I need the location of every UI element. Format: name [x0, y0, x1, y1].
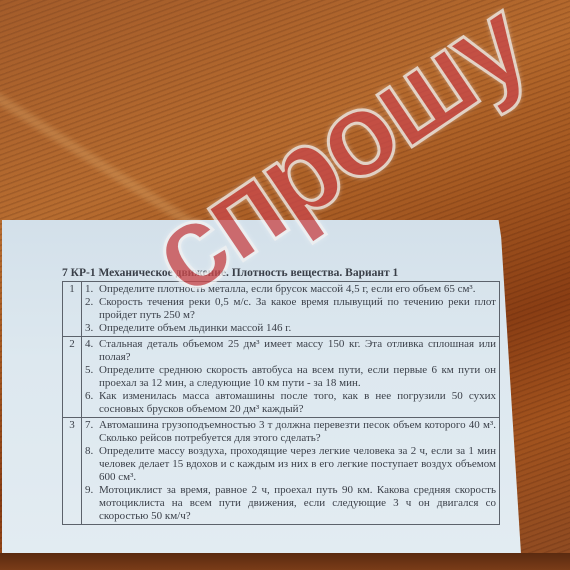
table-row: 37.Автомашина грузоподъемностью 3 т долж…: [63, 418, 500, 525]
task-number: 1.: [85, 283, 93, 296]
task-item: 5.Определите среднюю скорость автобуса н…: [85, 364, 496, 390]
task-item: 9.Мотоциклист за время, равное 2 ч, прое…: [85, 484, 496, 523]
tasks-table: 11.Определите плотность металла, если бр…: [62, 281, 500, 525]
task-number: 7.: [85, 419, 93, 432]
table-row: 24.Стальная деталь объемом 25 дм³ имеет …: [63, 337, 500, 418]
table-row: 11.Определите плотность металла, если бр…: [63, 282, 500, 337]
task-number: 2.: [85, 296, 93, 309]
task-item: 6.Как изменилась масса автомашины после …: [85, 390, 496, 416]
task-cell: 4.Стальная деталь объемом 25 дм³ имеет м…: [82, 337, 500, 418]
task-text: Автомашина грузоподъемностью 3 т должна …: [99, 419, 496, 444]
task-text: Стальная деталь объемом 25 дм³ имеет мас…: [99, 338, 496, 363]
variant-number: 2: [63, 337, 82, 418]
task-item: 7.Автомашина грузоподъемностью 3 т должн…: [85, 419, 496, 445]
task-text: Скорость течения реки 0,5 м/с. За какое …: [99, 296, 496, 321]
task-item: 8.Определите массу воздуха, проходящие ч…: [85, 445, 496, 484]
task-item: 4.Стальная деталь объемом 25 дм³ имеет м…: [85, 338, 496, 364]
task-item: 2.Скорость течения реки 0,5 м/с. За како…: [85, 296, 496, 322]
task-number: 8.: [85, 445, 93, 458]
task-cell: 7.Автомашина грузоподъемностью 3 т должн…: [82, 418, 500, 525]
task-number: 4.: [85, 338, 93, 351]
task-number: 6.: [85, 390, 93, 403]
table-edge-bottom: [0, 553, 570, 570]
task-text: Определите плотность металла, если брусо…: [99, 283, 475, 295]
task-text: Определите массу воздуха, проходящие чер…: [99, 445, 496, 483]
task-text: Определите среднюю скорость автобуса на …: [99, 364, 496, 389]
task-item: 3.Определите объем льдинки массой 146 г.: [85, 322, 496, 335]
task-text: Определите объем льдинки массой 146 г.: [99, 322, 291, 334]
task-number: 9.: [85, 484, 93, 497]
task-item: 1.Определите плотность металла, если бру…: [85, 283, 496, 296]
variant-number: 1: [63, 282, 82, 337]
task-text: Как изменилась масса автомашины после то…: [99, 390, 496, 415]
task-number: 5.: [85, 364, 93, 377]
task-text: Мотоциклист за время, равное 2 ч, проеха…: [99, 484, 496, 522]
worksheet-document: 7 КР-1 Механическое движение. Плотность …: [62, 267, 502, 525]
task-number: 3.: [85, 322, 93, 335]
worksheet-title: 7 КР-1 Механическое движение. Плотность …: [62, 267, 502, 280]
variant-number: 3: [63, 418, 82, 525]
task-cell: 1.Определите плотность металла, если бру…: [82, 282, 500, 337]
